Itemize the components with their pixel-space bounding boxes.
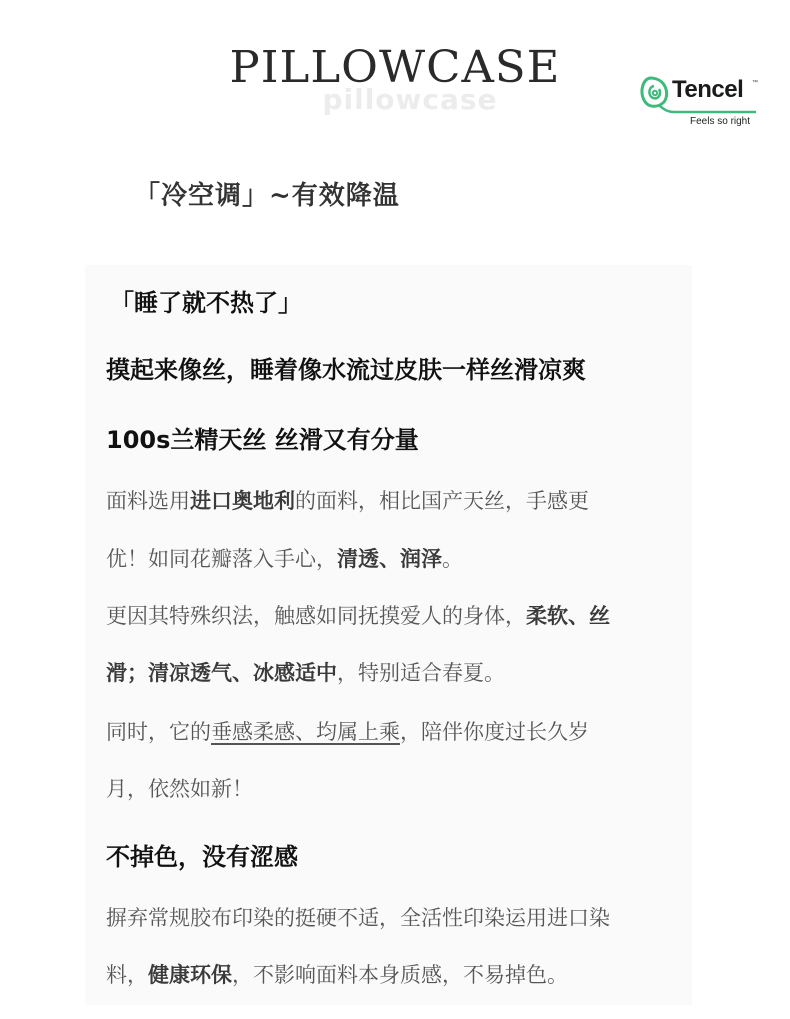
para-fabric-line1: 面料选用进口奥地利的面料，相比国产天丝，手感更 (106, 485, 589, 515)
logo-tagline: Feels so right (690, 116, 750, 127)
headline-lenzing: 100s兰精天丝 丝滑又有分量 (106, 420, 419, 455)
para-dye-line2: 料，健康环保，不影响面料本身质感，不易掉色。 (106, 959, 568, 989)
headline-colorfast: 不掉色，没有涩感 (106, 837, 298, 872)
para-dye-line1: 摒弃常规胶布印染的挺硬不适，全活性印染运用进口染 (106, 902, 610, 932)
section-heading: 「冷空调」~有效降温 (134, 175, 400, 212)
para-weave-line2: 滑；清凉透气、冰感适中，特别适合春夏。 (106, 657, 505, 687)
para-weave-line1: 更因其特殊织法，触感如同抚摸爱人的身体，柔软、丝 (106, 600, 610, 630)
logo-brand: Tencel (672, 76, 743, 104)
logo-trademark: ™ (752, 80, 758, 86)
para-drape-line2: 月，依然如新！ (106, 773, 253, 803)
tencel-logo: Tencel ™ Feels so right (640, 74, 760, 130)
headline-cool-sleep: 「睡了就不热了」 (110, 283, 302, 318)
para-drape-line1: 同时，它的垂感柔感、均属上乘，陪伴你度过长久岁 (106, 716, 589, 746)
headline-silky: 摸起来像丝，睡着像水流过皮肤一样丝滑凉爽 (106, 350, 586, 385)
para-fabric-line2: 优！如同花瓣落入手心，清透、润泽。 (106, 543, 463, 573)
